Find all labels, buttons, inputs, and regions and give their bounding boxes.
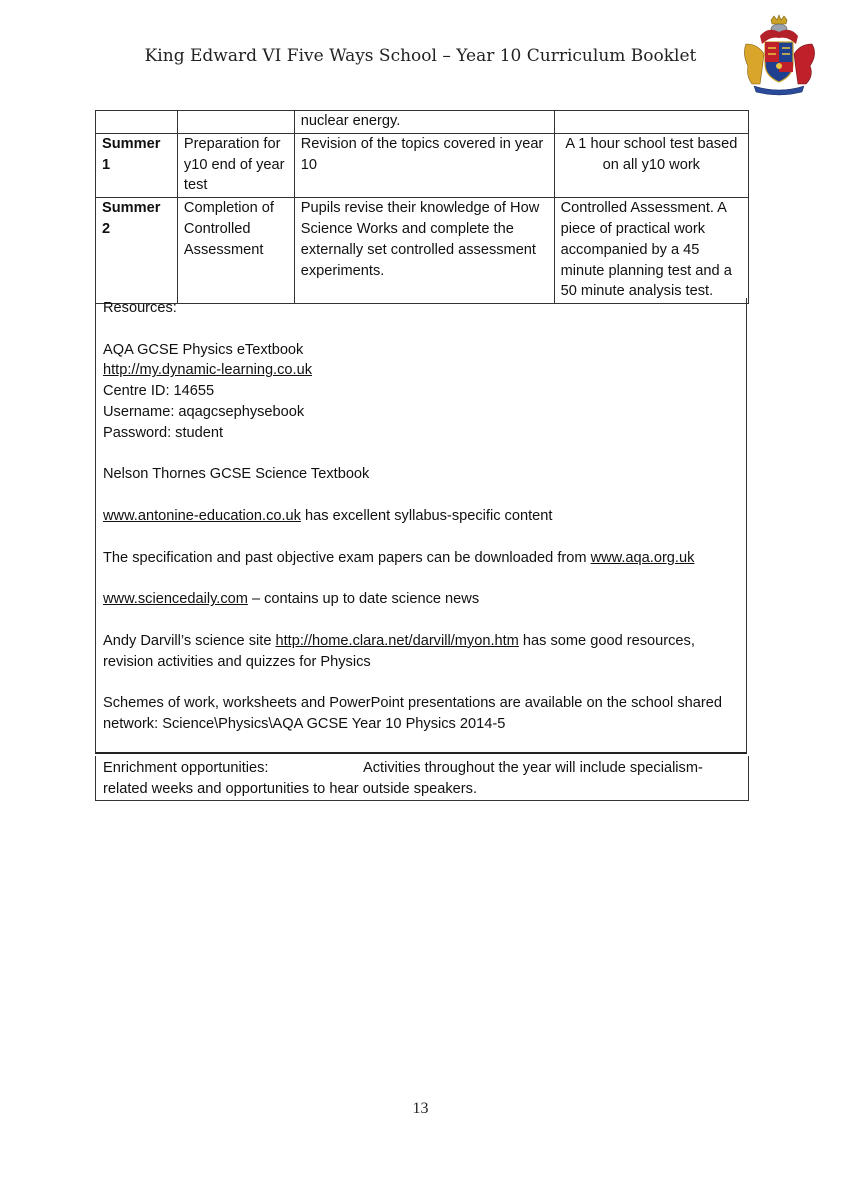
username: Username: aqagcsephysebook bbox=[103, 402, 739, 423]
school-crest-icon bbox=[738, 14, 820, 96]
aqa-link[interactable]: www.aqa.org.uk bbox=[591, 550, 695, 566]
enrichment-section: Enrichment opportunities:Activities thro… bbox=[95, 756, 749, 801]
enrichment-label: Enrichment opportunities: bbox=[103, 758, 363, 779]
antonine-line: www.antonine-education.co.uk has excelle… bbox=[103, 506, 739, 527]
content-cell: Pupils revise their knowledge of How Sci… bbox=[294, 198, 554, 304]
darvill-line: Andy Darvill’s science site http://home.… bbox=[103, 631, 739, 673]
term-cell: Summer 2 bbox=[96, 198, 178, 304]
sciencedaily-link[interactable]: www.sciencedaily.com bbox=[103, 591, 248, 607]
antonine-text: has excellent syllabus-specific content bbox=[301, 508, 552, 524]
assessment-cell: A 1 hour school test based on all y10 wo… bbox=[554, 133, 748, 197]
centre-id: Centre ID: 14655 bbox=[103, 381, 739, 402]
table-row: nuclear energy. bbox=[96, 111, 749, 134]
assessment-cell: Controlled Assessment. A piece of practi… bbox=[554, 198, 748, 304]
sciencedaily-line: www.sciencedaily.com – contains up to da… bbox=[103, 589, 739, 610]
resources-heading: Resources: bbox=[103, 298, 739, 319]
password: Password: student bbox=[103, 423, 739, 444]
darvill-pre: Andy Darvill’s science site bbox=[103, 633, 276, 649]
topic-cell: Preparation for y10 end of year test bbox=[177, 133, 294, 197]
curriculum-table: nuclear energy. Summer 1 Preparation for… bbox=[95, 110, 749, 304]
content-cell: Revision of the topics covered in year 1… bbox=[294, 133, 554, 197]
table-row: Summer 1 Preparation for y10 end of year… bbox=[96, 133, 749, 197]
assessment-cell bbox=[554, 111, 748, 134]
spec-text: The specification and past objective exa… bbox=[103, 550, 591, 566]
dynamic-learning-link[interactable]: http://my.dynamic-learning.co.uk bbox=[103, 362, 312, 378]
topic-cell: Completion of Controlled Assessment bbox=[177, 198, 294, 304]
etextbook-title: AQA GCSE Physics eTextbook bbox=[103, 340, 739, 361]
darvill-link[interactable]: http://home.clara.net/darvill/myon.htm bbox=[276, 633, 519, 649]
resources-section: Resources: AQA GCSE Physics eTextbook ht… bbox=[95, 298, 747, 754]
term-cell bbox=[96, 111, 178, 134]
schemes-text: Schemes of work, worksheets and PowerPoi… bbox=[103, 693, 739, 735]
textbook-title: Nelson Thornes GCSE Science Textbook bbox=[103, 464, 739, 485]
table-row: Summer 2 Completion of Controlled Assess… bbox=[96, 198, 749, 304]
content-cell: nuclear energy. bbox=[294, 111, 554, 134]
page-number: 13 bbox=[0, 1100, 841, 1118]
antonine-link[interactable]: www.antonine-education.co.uk bbox=[103, 508, 301, 524]
term-cell: Summer 1 bbox=[96, 133, 178, 197]
sciencedaily-text: – contains up to date science news bbox=[248, 591, 479, 607]
page-header-title: King Edward VI Five Ways School – Year 1… bbox=[0, 46, 841, 66]
spec-line: The specification and past objective exa… bbox=[103, 548, 739, 569]
topic-cell bbox=[177, 111, 294, 134]
